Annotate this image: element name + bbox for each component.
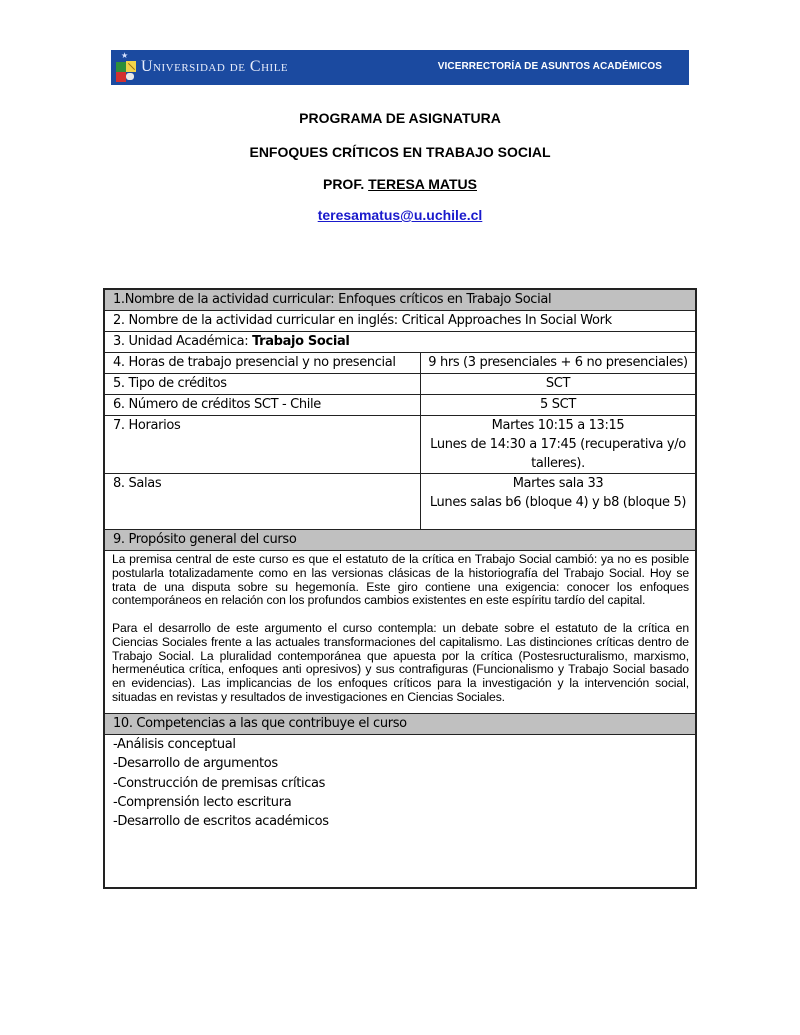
- schedule-label: 7. Horarios: [105, 416, 421, 473]
- university-name: Universidad de Chile: [141, 58, 288, 76]
- hours-value: 9 hrs (3 presenciales + 6 no presenciale…: [421, 353, 695, 373]
- purpose-text: La premisa central de este curso es que …: [105, 551, 695, 713]
- list-item: -Análisis conceptual: [113, 735, 687, 754]
- email-link[interactable]: teresamatus@u.uchile.cl: [318, 207, 483, 223]
- activity-name-english: 2. Nombre de la actividad curricular en …: [105, 311, 695, 331]
- unit-name: VICERRECTORÍA DE ASUNTOS ACADÉMICOS: [438, 61, 662, 72]
- email-line: teresamatus@u.uchile.cl: [0, 207, 800, 223]
- table-row: 9. Propósito general del curso: [105, 530, 695, 551]
- table-row: 3. Unidad Académica: Trabajo Social: [105, 332, 695, 353]
- list-item: -Comprensión lecto escritura: [113, 793, 687, 812]
- professor-line: PROF. TERESA MATUS: [0, 176, 800, 192]
- university-crest-icon: ★: [114, 52, 138, 83]
- table-row: 7. Horarios Martes 10:15 a 13:15 Lunes d…: [105, 416, 695, 474]
- table-row: 5. Tipo de créditos SCT: [105, 374, 695, 395]
- course-title: ENFOQUES CRÍTICOS EN TRABAJO SOCIAL: [0, 144, 800, 160]
- list-item: -Construcción de premisas críticas: [113, 774, 687, 793]
- competencies-heading: 10. Competencias a las que contribuye el…: [105, 714, 695, 734]
- star-icon: ★: [121, 52, 128, 60]
- academic-unit-value: Trabajo Social: [252, 334, 349, 349]
- credit-count-value: 5 SCT: [421, 395, 695, 415]
- prof-prefix: PROF.: [323, 176, 368, 192]
- credit-type-value: SCT: [421, 374, 695, 394]
- table-row: 6. Número de créditos SCT - Chile 5 SCT: [105, 395, 695, 416]
- course-info-table: 1.Nombre de la actividad curricular: Enf…: [103, 288, 697, 889]
- purpose-paragraph: La premisa central de este curso es que …: [112, 553, 689, 608]
- list-item: -Desarrollo de escritos académicos: [113, 812, 687, 831]
- table-row: 2. Nombre de la actividad curricular en …: [105, 311, 695, 332]
- rooms-label: 8. Salas: [105, 474, 421, 529]
- doc-title: PROGRAMA DE ASIGNATURA: [0, 110, 800, 126]
- table-row: 4. Horas de trabajo presencial y no pres…: [105, 353, 695, 374]
- hours-label: 4. Horas de trabajo presencial y no pres…: [105, 353, 421, 373]
- credit-count-label: 6. Número de créditos SCT - Chile: [105, 395, 421, 415]
- table-row: 1.Nombre de la actividad curricular: Enf…: [105, 290, 695, 311]
- activity-name: 1.Nombre de la actividad curricular: Enf…: [105, 290, 695, 310]
- rooms-value: Martes sala 33 Lunes salas b6 (bloque 4)…: [421, 474, 695, 529]
- competencies-list: -Análisis conceptual -Desarrollo de argu…: [105, 735, 695, 887]
- table-row: La premisa central de este curso es que …: [105, 551, 695, 714]
- professor-name: TERESA MATUS: [368, 176, 477, 192]
- purpose-paragraph: Para el desarrollo de este argumento el …: [112, 622, 689, 705]
- table-row: 8. Salas Martes sala 33 Lunes salas b6 (…: [105, 474, 695, 530]
- schedule-value: Martes 10:15 a 13:15 Lunes de 14:30 a 17…: [421, 416, 695, 473]
- table-row: -Análisis conceptual -Desarrollo de argu…: [105, 735, 695, 887]
- table-row: 10. Competencias a las que contribuye el…: [105, 714, 695, 735]
- header-banner: ★ Universidad de Chile VICERRECTORÍA DE …: [111, 50, 689, 85]
- purpose-heading: 9. Propósito general del curso: [105, 530, 695, 550]
- credit-type-label: 5. Tipo de créditos: [105, 374, 421, 394]
- academic-unit: 3. Unidad Académica: Trabajo Social: [105, 332, 695, 352]
- list-item: -Desarrollo de argumentos: [113, 754, 687, 773]
